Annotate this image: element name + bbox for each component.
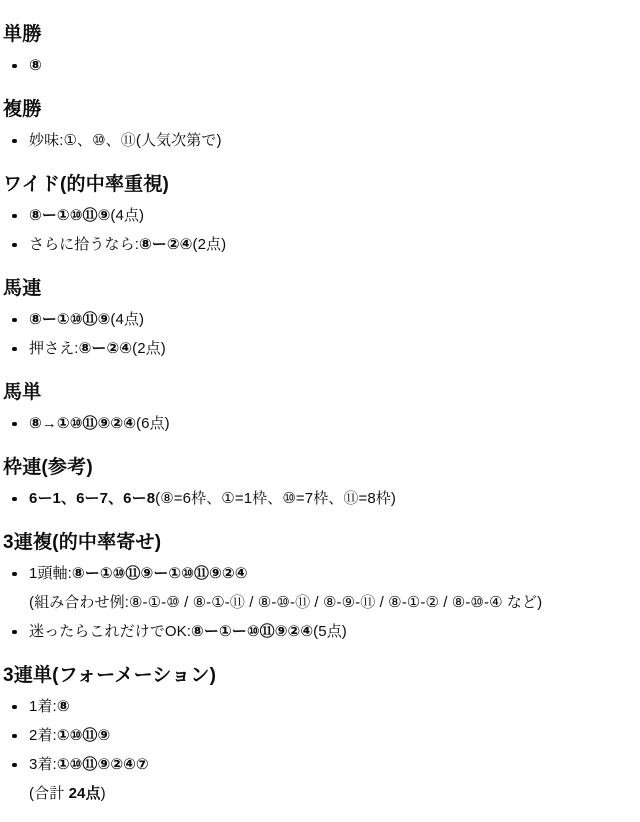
bet-section-heading: ワイド(的中率重視) xyxy=(3,172,632,197)
bet-text: (合計 xyxy=(29,785,69,802)
bet-section-heading: 馬単 xyxy=(3,380,632,405)
bet-section-heading: 単勝 xyxy=(3,22,632,47)
bet-section: 3連複(的中率寄せ) 1頭軸:⑧ー①⑩⑪⑨ー①⑩⑪⑨②④(組み合わせ例:⑧-①-… xyxy=(3,530,632,646)
bet-section: 馬単 ⑧→①⑩⑪⑨②④(6点) xyxy=(3,380,632,438)
bet-section-heading: 3連複(的中率寄せ) xyxy=(3,530,632,555)
bet-section-heading: 馬連 xyxy=(3,276,632,301)
bet-numbers: ①⑩⑪⑨②④⑦ xyxy=(57,756,149,773)
bet-list-item: さらに拾うなら:⑧ー②④(2点) xyxy=(29,230,632,259)
bet-list-item: 2着:①⑩⑪⑨ xyxy=(29,721,632,750)
bet-text: (4点) xyxy=(110,207,144,224)
bet-list: 妙味:①、⑩、⑪(人気次第で) xyxy=(3,126,632,155)
bet-text: 妙味:①、⑩、⑪(人気次第で) xyxy=(29,132,222,149)
bet-list-item: ⑧ー①⑩⑪⑨(4点) xyxy=(29,201,632,230)
bet-numbers: ⑧ー②④ xyxy=(139,236,193,253)
bet-list-item: 3着:①⑩⑪⑨②④⑦(合計 24点) xyxy=(29,750,632,808)
bet-section-heading: 枠連(参考) xyxy=(3,455,632,480)
bet-list-item: 迷ったらこれだけでOK:⑧ー①ー⑩⑪⑨②④(5点) xyxy=(29,617,632,646)
bet-list-item: 1着:⑧ xyxy=(29,692,632,721)
bet-section: 馬連 ⑧ー①⑩⑪⑨(4点)押さえ:⑧ー②④(2点) xyxy=(3,276,632,363)
bet-list-item: 妙味:①、⑩、⑪(人気次第で) xyxy=(29,126,632,155)
bet-section-heading: 3連単(フォーメーション) xyxy=(3,663,632,688)
bet-text: 押さえ: xyxy=(29,340,79,357)
betting-plan-document: 単勝 ⑧ 複勝 妙味:①、⑩、⑪(人気次第で) ワイド(的中率重視) ⑧ー①⑩⑪… xyxy=(0,0,640,822)
bet-numbers: 24点 xyxy=(69,785,101,802)
bet-text: (2点) xyxy=(192,236,226,253)
bet-numbers: ⑧ー①ー⑩⑪⑨②④ xyxy=(191,623,313,640)
bet-numbers: ⑧ー①⑩⑪⑨ー①⑩⑪⑨②④ xyxy=(72,565,248,582)
bet-text: ) xyxy=(101,785,106,802)
bet-numbers: ⑧ー②④ xyxy=(79,340,133,357)
bet-numbers: ⑧ー①⑩⑪⑨ xyxy=(29,311,110,328)
bet-list: ⑧ xyxy=(3,51,632,80)
bet-text: さらに拾うなら: xyxy=(29,236,139,253)
bet-list-item: ⑧ー①⑩⑪⑨(4点) xyxy=(29,305,632,334)
bet-list-item: ⑧ xyxy=(29,51,632,80)
bet-text: (4点) xyxy=(110,311,144,328)
bet-numbers: ⑧ xyxy=(57,698,70,715)
bet-list: 6ー1、6ー7、6ー8(⑧=6枠、①=1枠、⑩=7枠、⑪=8枠) xyxy=(3,484,632,513)
bet-text: 1着: xyxy=(29,698,57,715)
bet-text: 1頭軸: xyxy=(29,565,72,582)
bet-text: (6点) xyxy=(136,415,170,432)
bet-numbers: 6ー1、6ー7、6ー8 xyxy=(29,490,155,507)
bet-numbers: ⑧ー①⑩⑪⑨ xyxy=(29,207,110,224)
bet-list: 1頭軸:⑧ー①⑩⑪⑨ー①⑩⑪⑨②④(組み合わせ例:⑧-①-⑩ / ⑧-①-⑪ /… xyxy=(3,559,632,646)
bet-list-item: ⑧→①⑩⑪⑨②④(6点) xyxy=(29,409,632,438)
bet-numbers: ⑧ xyxy=(29,57,42,74)
bet-text: (2点) xyxy=(132,340,166,357)
bet-list-item: 押さえ:⑧ー②④(2点) xyxy=(29,334,632,363)
bet-section: 単勝 ⑧ xyxy=(3,22,632,80)
bet-text: 3着: xyxy=(29,756,57,773)
bet-section-heading: 複勝 xyxy=(3,97,632,122)
bet-list: 1着:⑧2着:①⑩⑪⑨3着:①⑩⑪⑨②④⑦(合計 24点) xyxy=(3,692,632,808)
bet-text: 迷ったらこれだけでOK: xyxy=(29,623,191,640)
bet-section: 3連単(フォーメーション) 1着:⑧2着:①⑩⑪⑨3着:①⑩⑪⑨②④⑦(合計 2… xyxy=(3,663,632,808)
bet-section: ワイド(的中率重視) ⑧ー①⑩⑪⑨(4点)さらに拾うなら:⑧ー②④(2点) xyxy=(3,172,632,259)
bet-section: 複勝 妙味:①、⑩、⑪(人気次第で) xyxy=(3,97,632,155)
bet-section: 枠連(参考) 6ー1、6ー7、6ー8(⑧=6枠、①=1枠、⑩=7枠、⑪=8枠) xyxy=(3,455,632,513)
bet-list-item: 1頭軸:⑧ー①⑩⑪⑨ー①⑩⑪⑨②④(組み合わせ例:⑧-①-⑩ / ⑧-①-⑪ /… xyxy=(29,559,632,617)
bet-list: ⑧ー①⑩⑪⑨(4点)さらに拾うなら:⑧ー②④(2点) xyxy=(3,201,632,259)
bet-numbers: ①⑩⑪⑨ xyxy=(57,727,111,744)
bet-text: (5点) xyxy=(313,623,347,640)
bet-list: ⑧ー①⑩⑪⑨(4点)押さえ:⑧ー②④(2点) xyxy=(3,305,632,363)
bet-numbers: ⑧→①⑩⑪⑨②④ xyxy=(29,415,136,432)
bet-text: (組み合わせ例:⑧-①-⑩ / ⑧-①-⑪ / ⑧-⑩-⑪ / ⑧-⑨-⑪ / … xyxy=(29,594,542,611)
bet-text: (⑧=6枠、①=1枠、⑩=7枠、⑪=8枠) xyxy=(155,490,396,507)
bet-list-item: 6ー1、6ー7、6ー8(⑧=6枠、①=1枠、⑩=7枠、⑪=8枠) xyxy=(29,484,632,513)
bet-text: 2着: xyxy=(29,727,57,744)
bet-list: ⑧→①⑩⑪⑨②④(6点) xyxy=(3,409,632,438)
